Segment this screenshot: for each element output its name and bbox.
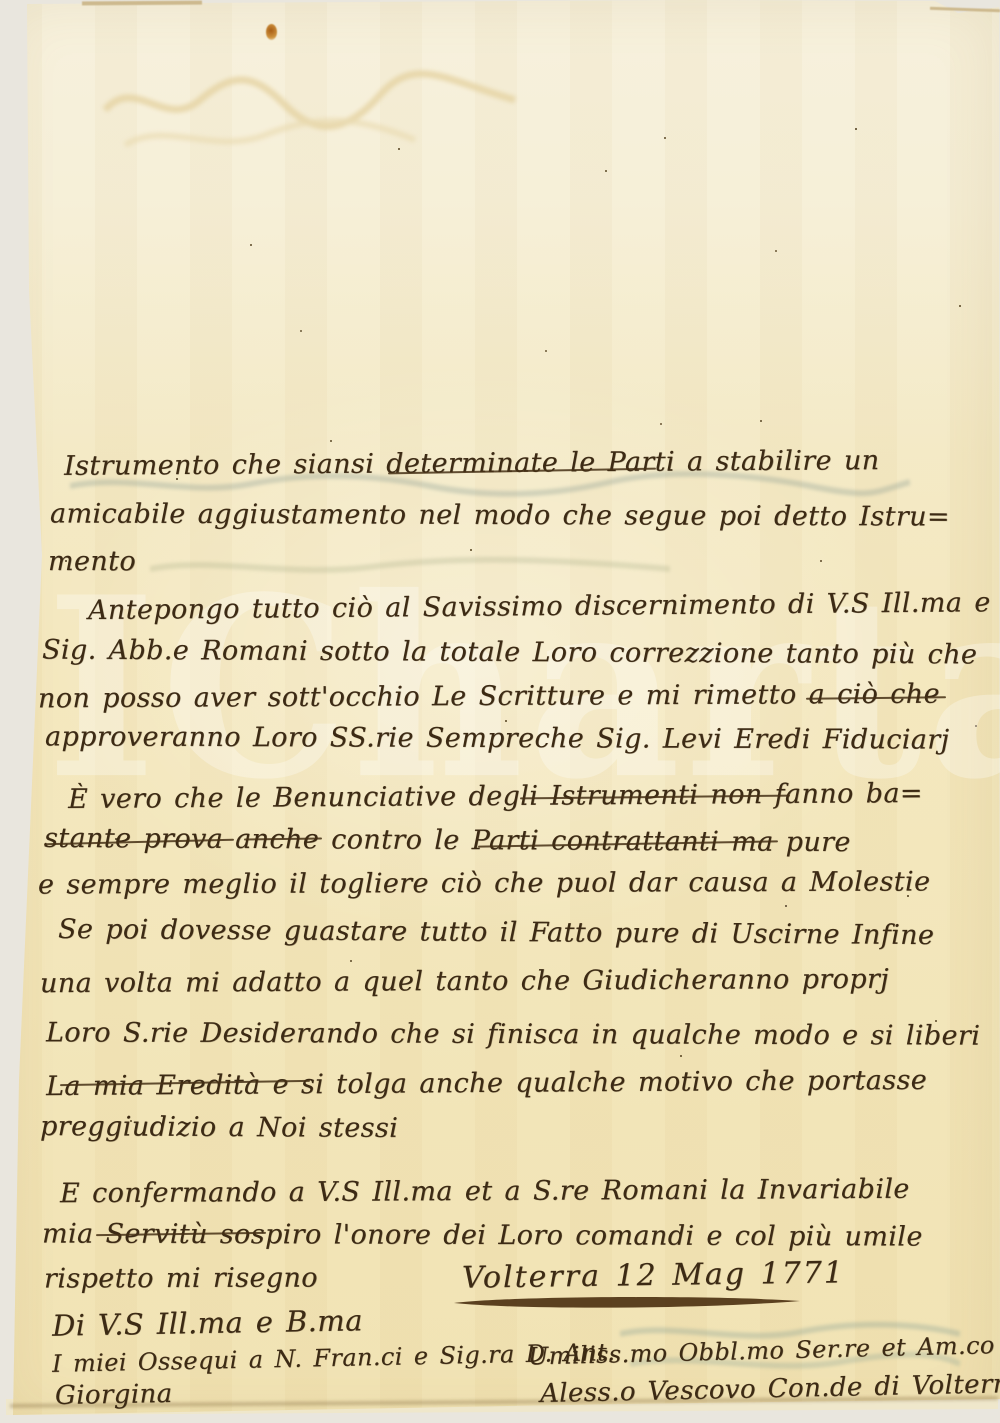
torn-edge-fragment — [82, 1, 202, 6]
letter-line: Sig. Abb.e Romani sotto la totale Loro c… — [42, 635, 977, 671]
letter-line: È vero che le Benunciative degli Istrume… — [68, 778, 923, 815]
rust-stain — [266, 24, 277, 40]
letter-line: Istrumento che siansi determinate le Par… — [64, 445, 880, 482]
closing-left-line: Giorgina — [55, 1379, 173, 1411]
letter-line: Loro S.rie Desiderando che si finisca in… — [46, 1017, 980, 1051]
letter-line: e sempre meglio il togliere ciò che puol… — [38, 866, 931, 900]
letter-line: E confermando a V.S Ill.ma et a S.re Rom… — [60, 1174, 910, 1209]
scanned-document: ICharta Istrumento che siansi determinat… — [0, 0, 1000, 1423]
letter-line: amicabile aggiustamento nel modo che seg… — [50, 498, 950, 532]
date-line: Volterra 12 Mag 1771 — [462, 1255, 845, 1295]
ink-speckles — [0, 0, 2, 2]
letter-line: mento — [48, 546, 136, 577]
date-underline — [452, 1294, 802, 1312]
letter-line: non posso aver sott'occhio Le Scritture … — [38, 679, 940, 715]
letter-line: una volta mi adatto a quel tanto che Giu… — [40, 964, 889, 999]
letter-line: mia Servitù sospiro l'onore dei Loro com… — [42, 1218, 923, 1252]
letter-line: Se poi dovesse guastare tutto il Fatto p… — [58, 914, 935, 951]
letter-line: rispetto mi risegno — [44, 1263, 318, 1295]
letter-line: preggiudizio a Noi stessi — [40, 1111, 398, 1144]
closing-left-line: Di V.S Ill.ma e B.ma — [52, 1303, 363, 1342]
ghost-writing — [95, 55, 525, 165]
letter-line: approveranno Loro SS.rie Sempreche Sig. … — [45, 721, 950, 755]
